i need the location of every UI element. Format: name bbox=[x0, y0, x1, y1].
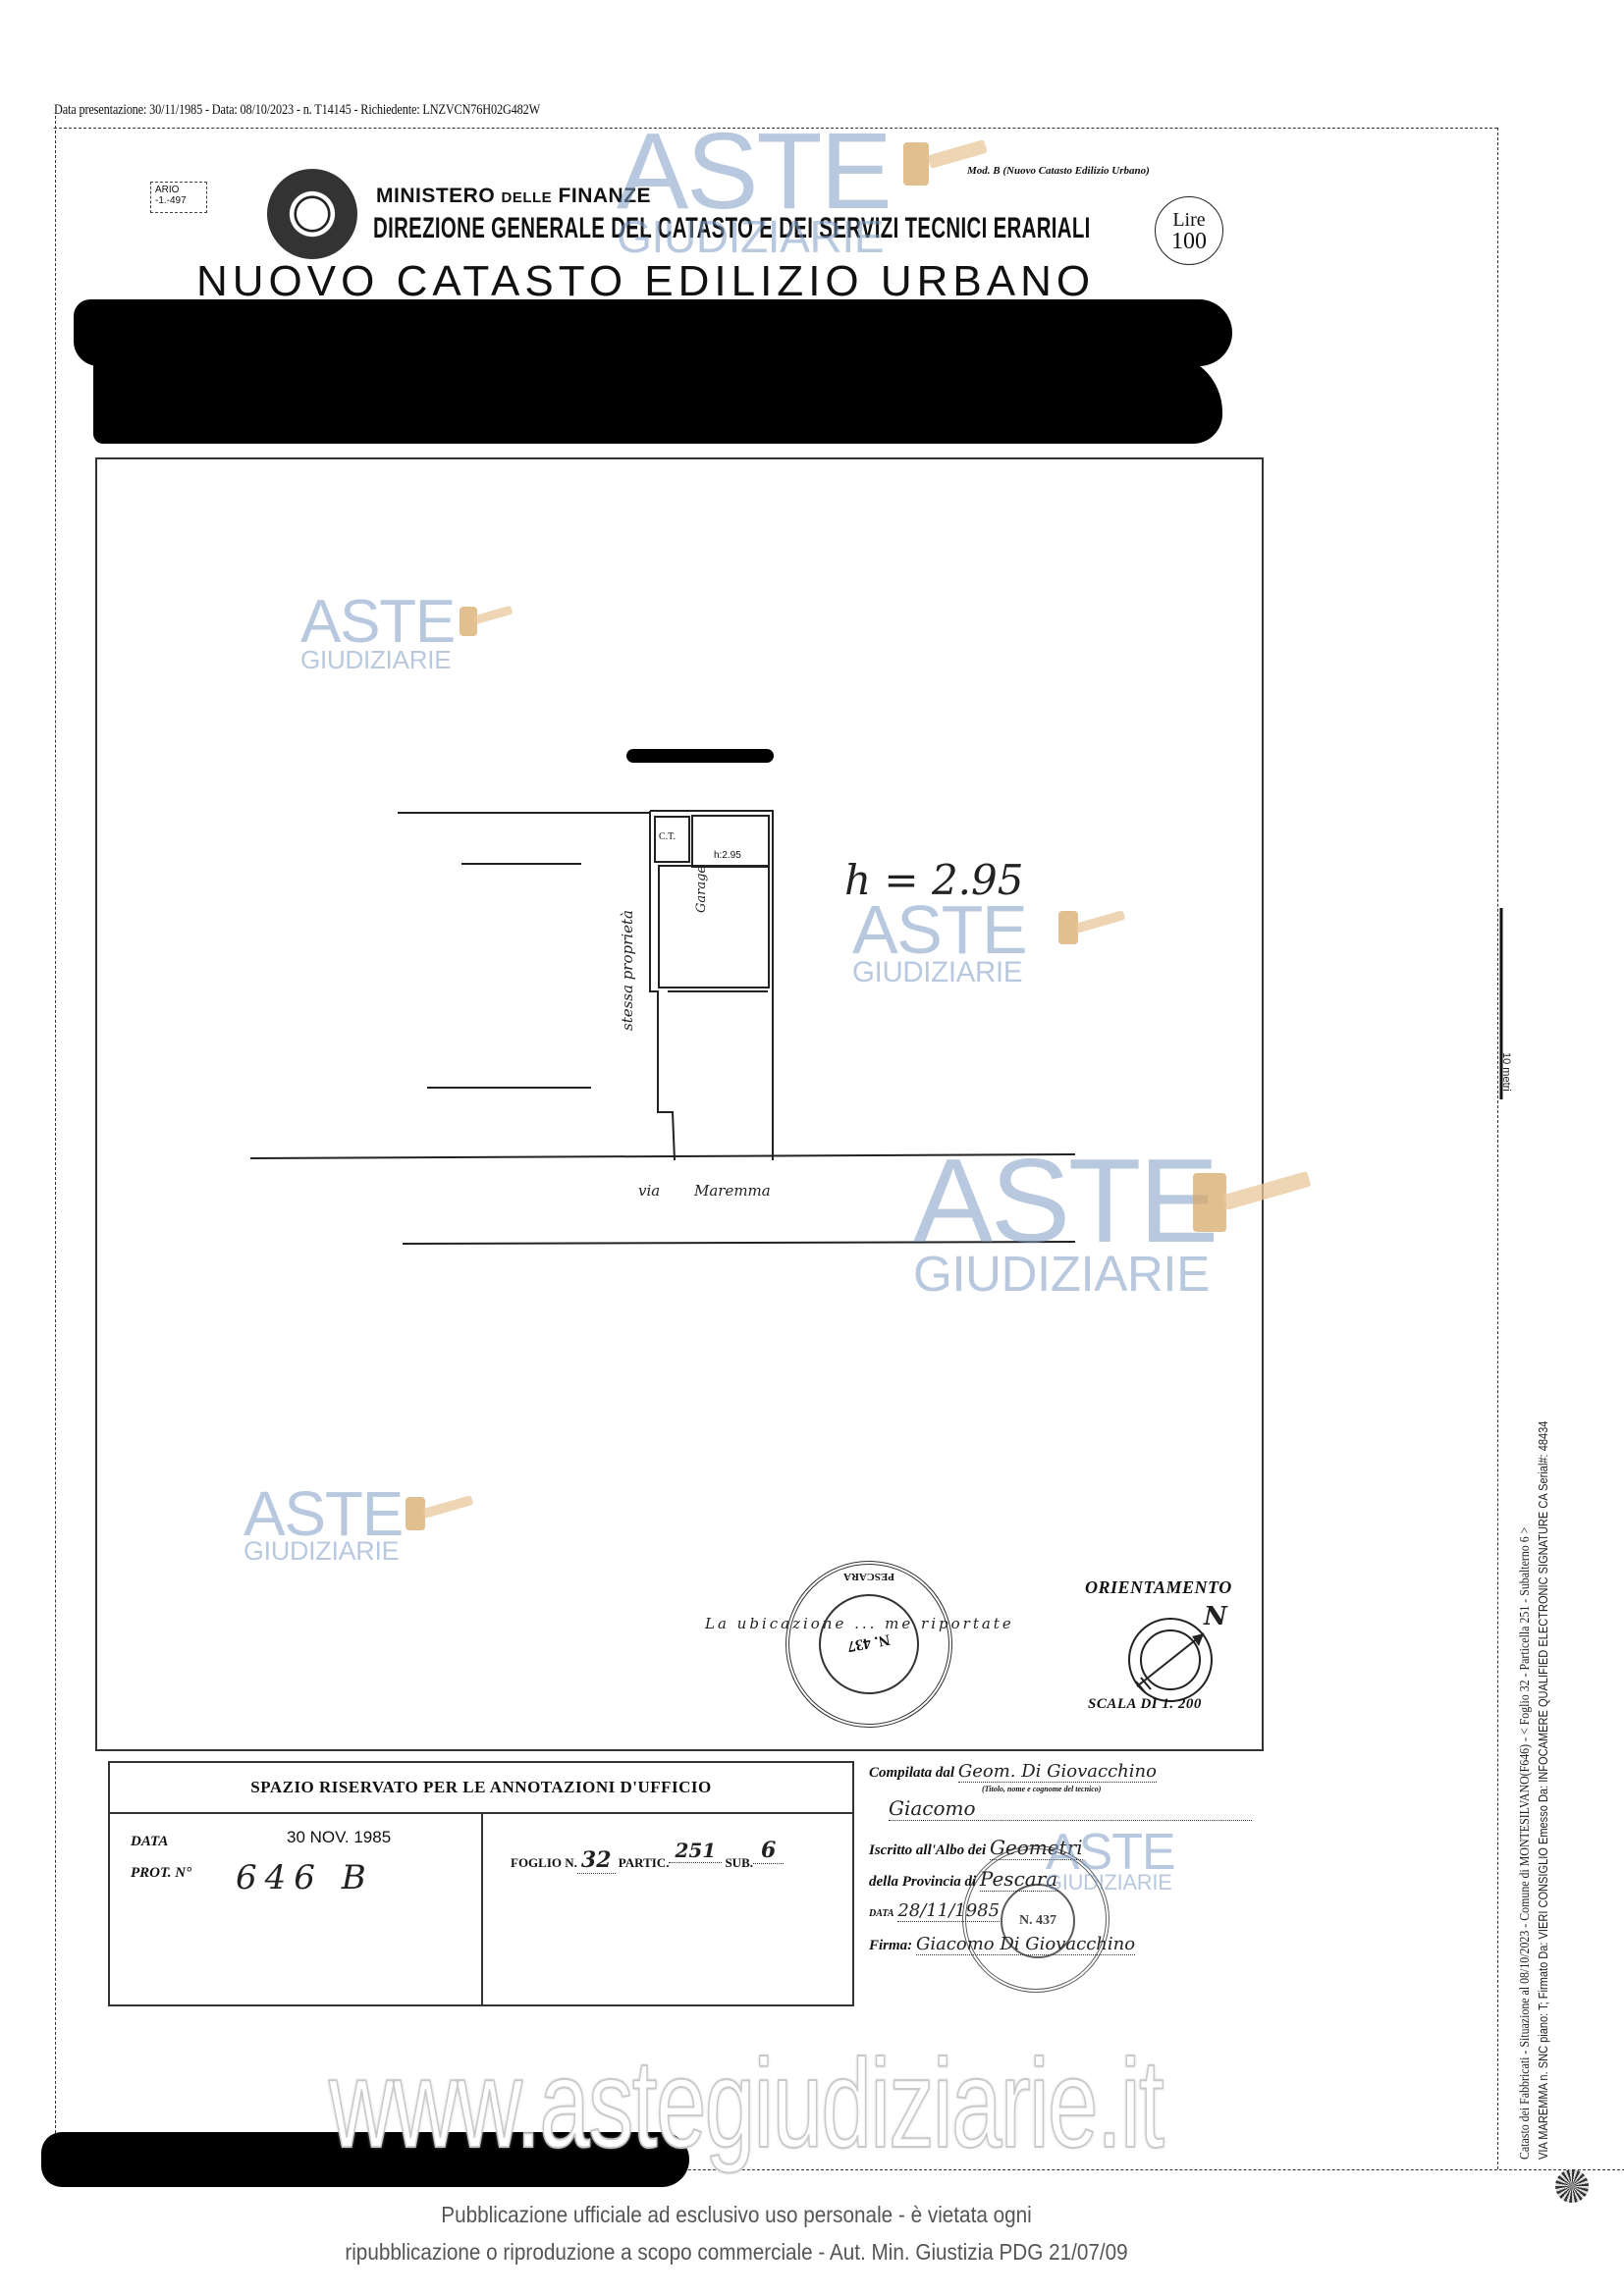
compiled-by-row: Compilata dal Geom. Di Giovacchino bbox=[869, 1761, 1157, 1782]
north-label: N bbox=[1204, 1602, 1227, 1631]
surveyor-stamp: N. 437 PESCARA bbox=[785, 1561, 952, 1728]
watermark-brand-bottom: GIUDIZIARIE bbox=[617, 218, 891, 256]
office-annotations-divider bbox=[481, 1812, 483, 2004]
compiled-by-hint: (Titolo, nome e cognome del tecnico) bbox=[982, 1785, 1101, 1793]
gavel-icon bbox=[903, 142, 929, 186]
watermark-aste-2: ASTE GIUDIZIARIE bbox=[300, 597, 455, 670]
compiler-stamp-number: N. 437 bbox=[1019, 1913, 1056, 1928]
watermark-brand-top: ASTE bbox=[913, 1150, 1217, 1253]
province-label: della Provincia di bbox=[869, 1874, 976, 1890]
scale-label: SCALA DI 1. 200 bbox=[1088, 1696, 1202, 1713]
footer-line-2: ripubblicazione o riproduzione a scopo c… bbox=[250, 2239, 1222, 2266]
partic-value: 251 bbox=[669, 1839, 722, 1863]
foglio-label: FOGLIO N. bbox=[511, 1855, 577, 1870]
watermark-aste-5: ASTE GIUDIZIARIE bbox=[244, 1487, 403, 1563]
surveyor-stamp-inner: N. 437 bbox=[811, 1586, 927, 1702]
partic-label: PARTIC. bbox=[619, 1855, 670, 1870]
watermark-url: www.astegiudiziarie.it bbox=[329, 2032, 1163, 2176]
watermark-brand-bottom: GIUDIZIARIE bbox=[913, 1253, 1217, 1296]
ruler-label: 10 metri bbox=[1500, 1052, 1512, 1092]
compiled-by-label: Compilata dal bbox=[869, 1765, 954, 1781]
side-cadastre-info: Catasto dei Fabbricati - Situazione al 0… bbox=[1518, 1527, 1534, 2160]
watermark-brand-bottom: GIUDIZIARIE bbox=[300, 649, 455, 670]
annotation-date-label: DATA bbox=[131, 1834, 168, 1850]
foglio-value: 32 bbox=[577, 1847, 616, 1874]
orientation-label: ORIENTAMENTO bbox=[1085, 1577, 1232, 1598]
watermark-aste-1: ASTE GIUDIZIARIE bbox=[617, 126, 891, 256]
watermark-brand-top: ASTE bbox=[852, 901, 1026, 960]
side-signature-info: VIA MAREMMA n. SNC piano: T; Firmato Da:… bbox=[1536, 1421, 1550, 2160]
plan-room-height-label: h:2.95 bbox=[714, 850, 741, 861]
signature-label: Firma: bbox=[869, 1938, 912, 1953]
surveyor-stamp-province: PESCARA bbox=[843, 1571, 894, 1582]
albo-label: Iscritto all'Albo dei bbox=[869, 1842, 986, 1858]
certification-seal-icon bbox=[1555, 2169, 1589, 2203]
annotation-date-value: 30 NOV. 1985 bbox=[287, 1828, 391, 1847]
sub-label: SUB. bbox=[725, 1855, 753, 1870]
gavel-icon bbox=[1193, 1173, 1226, 1232]
watermark-aste-4: ASTE GIUDIZIARIE bbox=[913, 1150, 1217, 1295]
compiled-by-value: Geom. Di Giovacchino bbox=[958, 1761, 1157, 1783]
watermark-brand-top: ASTE bbox=[244, 1487, 403, 1540]
sub-value: 6 bbox=[753, 1838, 784, 1864]
watermark-brand-top: ASTE bbox=[1046, 1831, 1175, 1874]
surveyor-stamp-number: N. 437 bbox=[846, 1630, 892, 1654]
watermark-brand-top: ASTE bbox=[617, 126, 891, 218]
compiler-name-line: Giacomo bbox=[889, 1796, 1252, 1821]
office-annotations-title: SPAZIO RISERVATO PER LE ANNOTAZIONI D'UF… bbox=[110, 1763, 852, 1814]
plan-room-label: Garage bbox=[694, 866, 709, 913]
watermark-brand-bottom: GIUDIZIARIE bbox=[244, 1540, 403, 1563]
compiler-stamp-inner: N. 437 bbox=[1001, 1884, 1075, 1958]
watermark-aste-6: ASTE GIUDIZIARIE bbox=[1046, 1831, 1175, 1893]
watermark-aste-3: ASTE GIUDIZIARIE bbox=[852, 901, 1026, 984]
watermark-brand-bottom: GIUDIZIARIE bbox=[1046, 1874, 1175, 1893]
annotation-prot-label: PROT. N° bbox=[131, 1865, 191, 1882]
compiler-date-label: DATA bbox=[869, 1908, 894, 1919]
annotation-prot-value: 646 B bbox=[236, 1858, 374, 1897]
watermark-brand-bottom: GIUDIZIARIE bbox=[852, 960, 1026, 985]
plan-utility-label: C.T. bbox=[659, 831, 676, 842]
footer-line-1: Pubblicazione ufficiale ad esclusivo uso… bbox=[250, 2202, 1222, 2228]
plan-street-label: via Maremma bbox=[638, 1182, 771, 1200]
plan-adjacent-label: stessa proprietà bbox=[619, 910, 636, 1031]
annotation-cadastral-ref: FOGLIO N.32 PARTIC.251 SUB.6 bbox=[511, 1847, 784, 1873]
watermark-brand-top: ASTE bbox=[300, 597, 455, 649]
